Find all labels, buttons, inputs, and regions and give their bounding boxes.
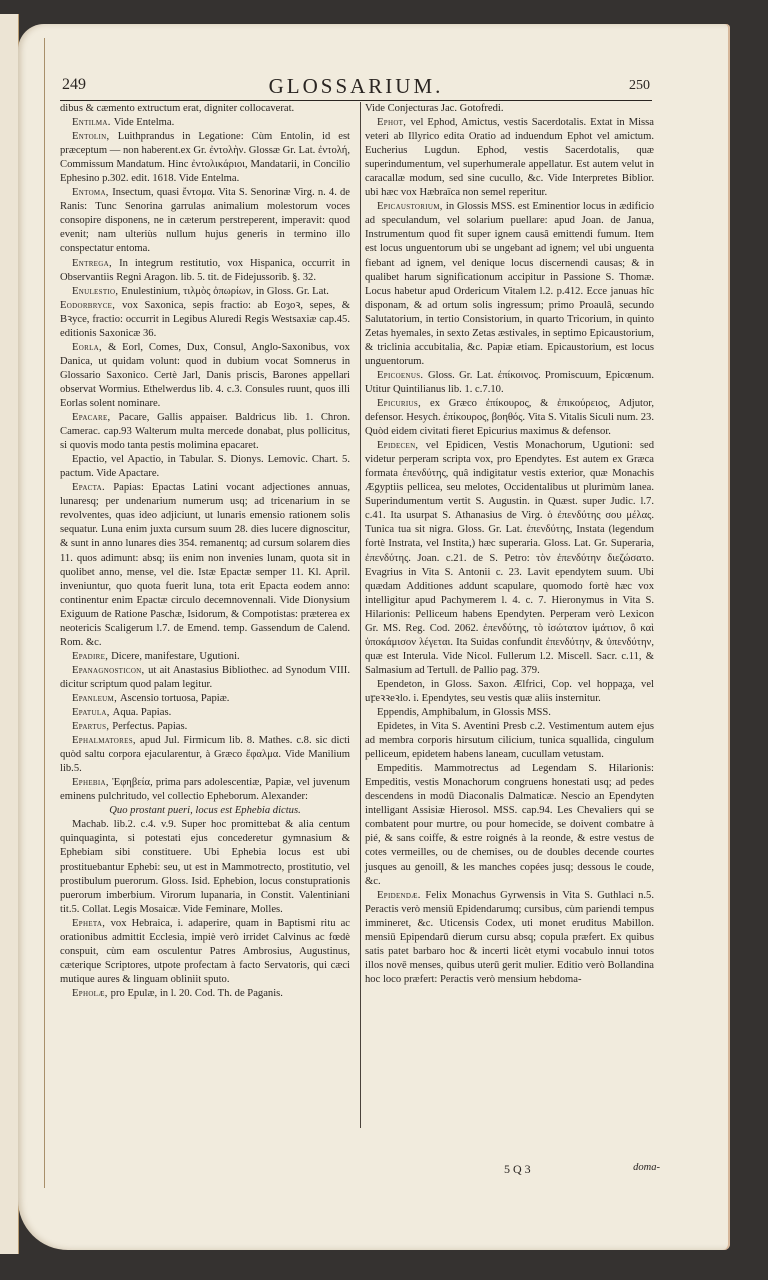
glossary-entry: Entilma. Vide Entelma. <box>60 116 350 130</box>
gutter-line <box>44 38 45 1188</box>
entry-headword: Enulestio, <box>72 286 121 297</box>
page-title: GLOSSARIUM. <box>62 74 650 99</box>
glossary-entry: Epatula, Aqua. Papias. <box>60 706 350 720</box>
signature-mark: 5 Q 3 <box>504 1162 531 1177</box>
entry-headword: Epidecen, <box>377 440 426 451</box>
entry-headword: Entoma, <box>72 187 112 198</box>
glossary-entry: Epicurius, ex Græco ἐπίκουρος, & ἐπικούρ… <box>365 397 654 439</box>
catchword: doma- <box>633 1162 660 1173</box>
entry-headword: Entilma. <box>72 117 114 128</box>
entry-text: Papias: Epactas Latini vocant adjectione… <box>60 482 350 648</box>
entry-text: Vide Conjecturas Jac. Gotofredi. <box>365 103 504 114</box>
entry-text: Empeditis. Mammotrectus ad Legendam S. H… <box>365 763 654 886</box>
entry-headword: Eodorbryce, <box>60 300 122 311</box>
glossary-entry: Ephebia, Ἐφηβεία, prima pars adolescenti… <box>60 776 350 804</box>
glossary-entry: Vide Conjecturas Jac. Gotofredi. <box>365 102 654 116</box>
entry-text: Perfectus. Papias. <box>112 721 187 732</box>
entry-text: Quo prostant pueri, locus est Ephebia di… <box>109 805 300 816</box>
glossary-entry: Machab. lib.2. c.4. v.9. Super hoc promi… <box>60 818 350 916</box>
glossary-entry: Epheta, vox Hebraica, i. adaperire, quam… <box>60 917 350 987</box>
header-rule <box>60 100 652 101</box>
glossary-entry: Epadire, Dicere, manifestare, Ugutioni. <box>60 650 350 664</box>
entry-headword: Epacta. <box>72 482 113 493</box>
entry-headword: Epidendæ. <box>377 890 425 901</box>
glossary-entry: Epartus, Perfectus. Papias. <box>60 720 350 734</box>
glossary-entry: Eppendis, Amphibalum, in Glossis MSS. <box>365 706 654 720</box>
entry-text: Ascensio tortuosa, Papiæ. <box>120 693 229 704</box>
entry-headword: Epheta, <box>72 918 111 929</box>
entry-text: pro Epulæ, in l. 20. Cod. Th. de Paganis… <box>111 988 283 999</box>
entry-headword: Epanagnosticon, <box>72 665 148 676</box>
entry-text: Vide Entelma. <box>114 117 175 128</box>
entry-headword: Epartus, <box>72 721 112 732</box>
entry-text: Epidetes, in Vita S. Aventini Presb c.2.… <box>365 721 654 760</box>
glossary-entry: Quo prostant pueri, locus est Ephebia di… <box>60 804 350 818</box>
glossary-entry: Epacta. Papias: Epactas Latini vocant ad… <box>60 481 350 650</box>
left-column: dibus & cæmento extructum erat, digniter… <box>60 102 350 1001</box>
page-number-right: 250 <box>629 78 650 94</box>
entry-text: Dicere, manifestare, Ugutioni. <box>111 651 240 662</box>
entry-text: Eppendis, Amphibalum, in Glossis MSS. <box>377 707 551 718</box>
glossary-entry: Epicoenus. Gloss. Gr. Lat. ἐπίκοινος. Pr… <box>365 369 654 397</box>
glossary-entry: Eodorbryce, vox Saxonica, sepis fractio:… <box>60 299 350 341</box>
glossary-entry: Epidecen, vel Epidicen, Vestis Monachoru… <box>365 439 654 678</box>
entry-text: Ependeton, in Gloss. Saxon. Ælfrici, Cop… <box>365 679 654 704</box>
entry-headword: Epatula, <box>72 707 113 718</box>
entry-headword: Epholæ, <box>72 988 111 999</box>
entry-headword: Entrega, <box>72 258 119 269</box>
entry-headword: Ephebia, <box>72 777 112 788</box>
page-footer: 5 Q 3 doma- <box>480 1162 660 1178</box>
entry-headword: Epicaustorium, <box>377 201 446 212</box>
entry-text: dibus & cæmento extructum erat, digniter… <box>60 103 294 114</box>
glossary-entry: Entoma, Insectum, quasi ἔντομα. Vita S. … <box>60 186 350 256</box>
glossary-entry: Ephot, vel Ephod, Amictus, vestis Sacerd… <box>365 116 654 200</box>
entry-text: Machab. lib.2. c.4. v.9. Super hoc promi… <box>60 819 350 914</box>
glossary-entry: Epicaustorium, in Glossis MSS. est Emine… <box>365 200 654 369</box>
right-column: Vide Conjecturas Jac. Gotofredi.Ephot, v… <box>365 102 654 987</box>
glossary-entry: Ependeton, in Gloss. Saxon. Ælfrici, Cop… <box>365 678 654 706</box>
entry-text: Epactio, vel Apactio, in Tabular. S. Dio… <box>60 454 350 479</box>
glossary-entry: Ephalmatores, apud Jul. Firmicum lib. 8.… <box>60 734 350 776</box>
entry-headword: Epicurius, <box>377 398 430 409</box>
glossary-entry: Epidetes, in Vita S. Aventini Presb c.2.… <box>365 720 654 762</box>
entry-text: Aqua. Papias. <box>113 707 172 718</box>
left-page-edge <box>0 14 19 1254</box>
glossary-entry: Epholæ, pro Epulæ, in l. 20. Cod. Th. de… <box>60 987 350 1001</box>
entry-text: Felix Monachus Gyrwensis in Vita S. Guth… <box>365 890 654 985</box>
entry-text: vel Epidicen, Vestis Monachorum, Ugution… <box>365 440 654 676</box>
glossary-entry: Enulestio, Enulestinium, τιλμὸς ὀπωρίων,… <box>60 285 350 299</box>
glossary-entry: Epactio, vel Apactio, in Tabular. S. Dio… <box>60 453 350 481</box>
entry-text: in Glossis MSS. est Eminentior locus in … <box>365 201 654 367</box>
glossary-entry: Epanagnosticon, ut ait Anastasius Biblio… <box>60 664 350 692</box>
glossary-entry: Eorla, & Eorl, Comes, Dux, Consul, Anglo… <box>60 341 350 411</box>
entry-headword: Epanleum, <box>72 693 120 704</box>
column-divider <box>360 102 361 1128</box>
glossary-entry: Epidendæ. Felix Monachus Gyrwensis in Vi… <box>365 889 654 987</box>
entry-headword: Epicoenus. <box>377 370 428 381</box>
entry-headword: Entolin, <box>72 131 118 142</box>
entry-headword: Epadire, <box>72 651 111 662</box>
entry-text: vel Ephod, Amictus, vestis Sacerdotalis.… <box>365 117 654 198</box>
glossary-entry: Entolin, Luithprandus in Legatione: Cùm … <box>60 130 350 186</box>
glossary-entry: Epacare, Pacare, Gallis appaiser. Baldri… <box>60 411 350 453</box>
entry-text: Enulestinium, τιλμὸς ὀπωρίων, in Gloss. … <box>121 286 329 297</box>
glossary-entry: Entrega, In integrum restitutio, vox His… <box>60 257 350 285</box>
entry-headword: Ephot, <box>377 117 410 128</box>
running-head: 249 GLOSSARIUM. 250 <box>62 74 650 98</box>
entry-headword: Epacare, <box>72 412 119 423</box>
glossary-entry: dibus & cæmento extructum erat, digniter… <box>60 102 350 116</box>
glossary-entry: Empeditis. Mammotrectus ad Legendam S. H… <box>365 762 654 888</box>
entry-headword: Eorla, <box>72 342 108 353</box>
glossary-entry: Epanleum, Ascensio tortuosa, Papiæ. <box>60 692 350 706</box>
entry-headword: Ephalmatores, <box>72 735 140 746</box>
